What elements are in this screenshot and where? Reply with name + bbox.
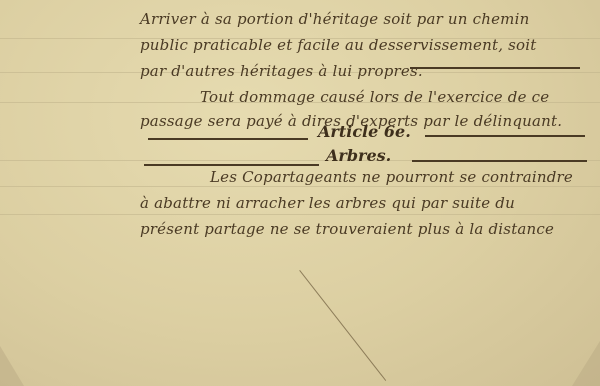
line-filler-dash	[410, 67, 580, 69]
article-heading: Article 6e.	[318, 122, 411, 141]
text-line: présent partage ne se trouveraient plus …	[140, 220, 586, 238]
page-corner	[572, 341, 600, 386]
text-line: par d'autres héritages à lui propres.	[140, 62, 586, 80]
ruled-line	[0, 214, 600, 215]
text-line: Arriver à sa portion d'héritage soit par…	[140, 10, 586, 28]
heading-dash-right	[425, 135, 585, 137]
bleed-through-text	[18, 37, 132, 113]
article-subheading: Arbres.	[326, 146, 391, 165]
heading-dash-left	[148, 138, 308, 140]
text-line: public praticable et facile au desservis…	[140, 36, 586, 54]
page-corner	[0, 346, 24, 386]
text-line: à abattre ni arracher les arbres qui par…	[140, 194, 586, 212]
ruled-line	[0, 186, 600, 187]
subheading-dash-right	[412, 160, 587, 162]
text-line: Tout dommage causé lors de l'exercice de…	[200, 88, 586, 106]
text-line: Les Copartageants ne pourront se contrai…	[210, 168, 586, 186]
subheading-dash-left	[144, 164, 319, 166]
diagonal-pen-line	[299, 270, 386, 381]
manuscript-page: Arriver à sa portion d'héritage soit par…	[0, 0, 600, 386]
